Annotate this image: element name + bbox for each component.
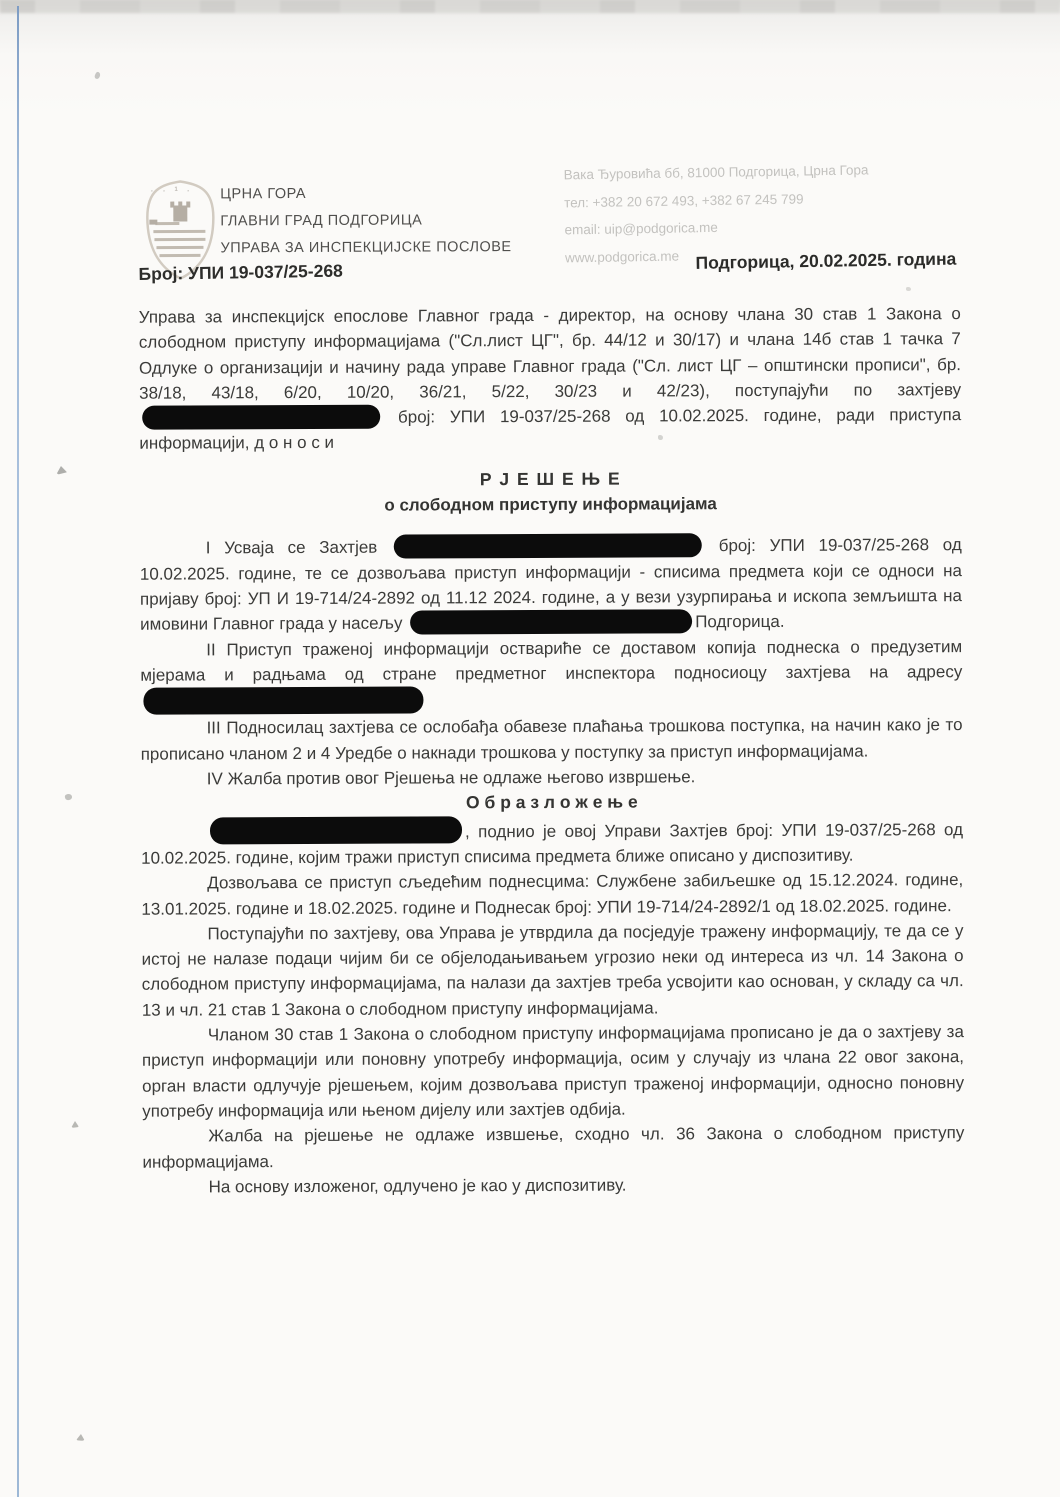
decision-item-3: III Подносилац захтјева се ослобађа обав… [141,713,963,767]
decision-title-block: Р Ј Е Ш Е Њ Е о слободном приступу инфор… [139,465,961,519]
decision-item-2: II Приступ траженој информацији остварић… [140,634,962,716]
place-and-date: Подгорица, 20.02.2025. година [696,249,957,274]
redaction-box [143,687,423,715]
org-name-city: ГЛАВНИ ГРАД ПОДГОРИЦА [220,207,511,235]
org-name-country: ЦРНА ГОРА [220,180,511,208]
redaction-box [394,534,702,559]
document-content: · · ¹ · ЦРНА ГОРА ГЛАВНИ ГРАД ПОДГОРИЦА [0,0,1060,1497]
decision-item-4: IV Жалба против овог Рјешења не одлаже њ… [141,763,963,792]
reasoning-paragraph-5: Жалба на рјешење не одлаже извшење, сход… [142,1120,964,1174]
reasoning-paragraph-1: , поднио је овој Управи Захтјев број: УП… [141,814,963,871]
decision-subtitle: о слободном приступу информацијама [140,490,962,519]
intro-paragraph: Управа за инспекцијск епослове Главног г… [139,301,962,456]
org-name-department: УПРАВА ЗА ИНСПЕКЦИЈСКЕ ПОСЛОВЕ [220,234,511,262]
decision-item-1: I Усваја се Захтјев број: УПИ 19-037/25-… [140,532,962,637]
decision-title: Р Ј Е Ш Е Њ Е [139,465,961,494]
case-number: Број: УПИ 19-037/25-268 [138,261,343,285]
document-body: Управа за инспекцијск епослове Главног г… [139,301,965,1200]
reasoning-paragraph-6: На основу изложеног, одлучено је као у д… [143,1171,965,1200]
redaction-box [210,816,462,844]
reasoning-paragraph-3: Поступајући по захтјеву, ова Управа је у… [141,918,963,1023]
reasoning-heading: О б р а з л о ж е њ е [141,788,963,817]
issuing-authority-block: ЦРНА ГОРА ГЛАВНИ ГРАД ПОДГОРИЦА УПРАВА З… [220,180,511,262]
scanned-page: · · ¹ · ЦРНА ГОРА ГЛАВНИ ГРАД ПОДГОРИЦА [0,0,1060,1497]
reasoning-paragraph-2: Дозвољава се приступ сљедећим поднесцима… [141,867,963,921]
redaction-box [142,405,380,430]
redaction-box [410,610,692,635]
reasoning-paragraph-4: Чланом 30 став 1 Закона о слободном прис… [142,1019,964,1124]
